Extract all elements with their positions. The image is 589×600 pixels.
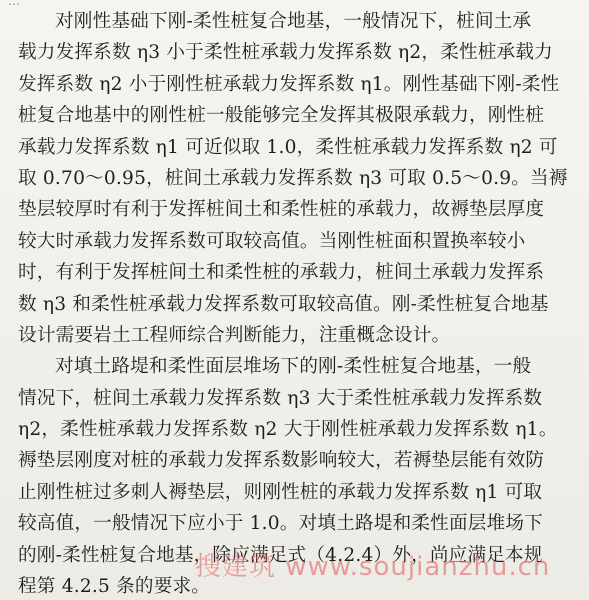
text-line: 数 η3 和柔性桩承载力发挥系数可取较高值。刚-柔性桩复合地基 bbox=[18, 289, 578, 320]
text-line: 设计需要岩土工程师综合判断能力，注重概念设计。 bbox=[18, 320, 578, 351]
text-line: 桩复合地基中的刚性桩一般能够完全发挥其极限承载力，刚性桩 bbox=[18, 100, 578, 131]
paragraph-1: 对刚性基础下刚-柔性桩复合地基，一般情况下，桩间土承 载力发挥系数 η3 小于柔… bbox=[18, 6, 578, 351]
document-page: … 对刚性基础下刚-柔性桩复合地基，一般情况下，桩间土承 载力发挥系数 η3 小… bbox=[0, 0, 589, 600]
text-line: 取 0.70～0.95，桩间土承载力发挥系数 η3 可取 0.5～0.9。当褥 bbox=[18, 163, 578, 194]
text-line: 发挥系数 η2 小于刚性桩承载力发挥系数 η1。刚性基础下刚-柔性 bbox=[18, 69, 578, 100]
text-line: 对填土路堤和柔性面层堆场下的刚-柔性桩复合地基，一般 bbox=[18, 351, 578, 382]
text-line: 较高值，一般情况下应小于 1.0。对填土路堤和柔性面层堆场下 bbox=[18, 508, 578, 539]
text-line: 止刚性桩过多刺人褥垫层，则刚性桩的承载力发挥系数 η1 可取 bbox=[18, 477, 578, 508]
text-line: 程第 4.2.5 条的要求。 bbox=[18, 571, 578, 600]
text-line: 对刚性基础下刚-柔性桩复合地基，一般情况下，桩间土承 bbox=[18, 6, 578, 37]
paragraph-2: 对填土路堤和柔性面层堆场下的刚-柔性桩复合地基，一般 情况下，桩间土承载力发挥系… bbox=[18, 351, 578, 600]
text-line: 垫层较厚时有利于发挥桩间土和柔性桩的承载力，故褥垫层厚度 bbox=[18, 194, 578, 225]
text-line: 的刚-柔性桩复合地基，除应满足式（4.2.4）外，尚应满足本规 bbox=[18, 540, 578, 571]
text-line: 载力发挥系数 η3 小于柔性桩承载力发挥系数 η2，柔性桩承载力 bbox=[18, 37, 578, 68]
text-line: 承载力发挥系数 η1 可近似取 1.0，柔性桩承载力发挥系数 η2 可 bbox=[18, 132, 578, 163]
text-line: 情况下，桩间土承载力发挥系数 η3 大于柔性桩承载力发挥系数 bbox=[18, 383, 578, 414]
text-line: 褥垫层刚度对桩的承载力发挥系数影响较大，若褥垫层能有效防 bbox=[18, 445, 578, 476]
text-line: 较大时承载力发挥系数可取较高值。当刚性桩面积置换率较小 bbox=[18, 226, 578, 257]
text-line: η2，柔性桩承载力发挥系数 η2 大于刚性桩承载力发挥系数 η1。 bbox=[18, 414, 578, 445]
body-text: 对刚性基础下刚-柔性桩复合地基，一般情况下，桩间土承 载力发挥系数 η3 小于柔… bbox=[18, 6, 578, 600]
text-line: 时，有利于发挥桩间土和柔性桩的承载力，桩间土承载力发挥系 bbox=[18, 257, 578, 288]
